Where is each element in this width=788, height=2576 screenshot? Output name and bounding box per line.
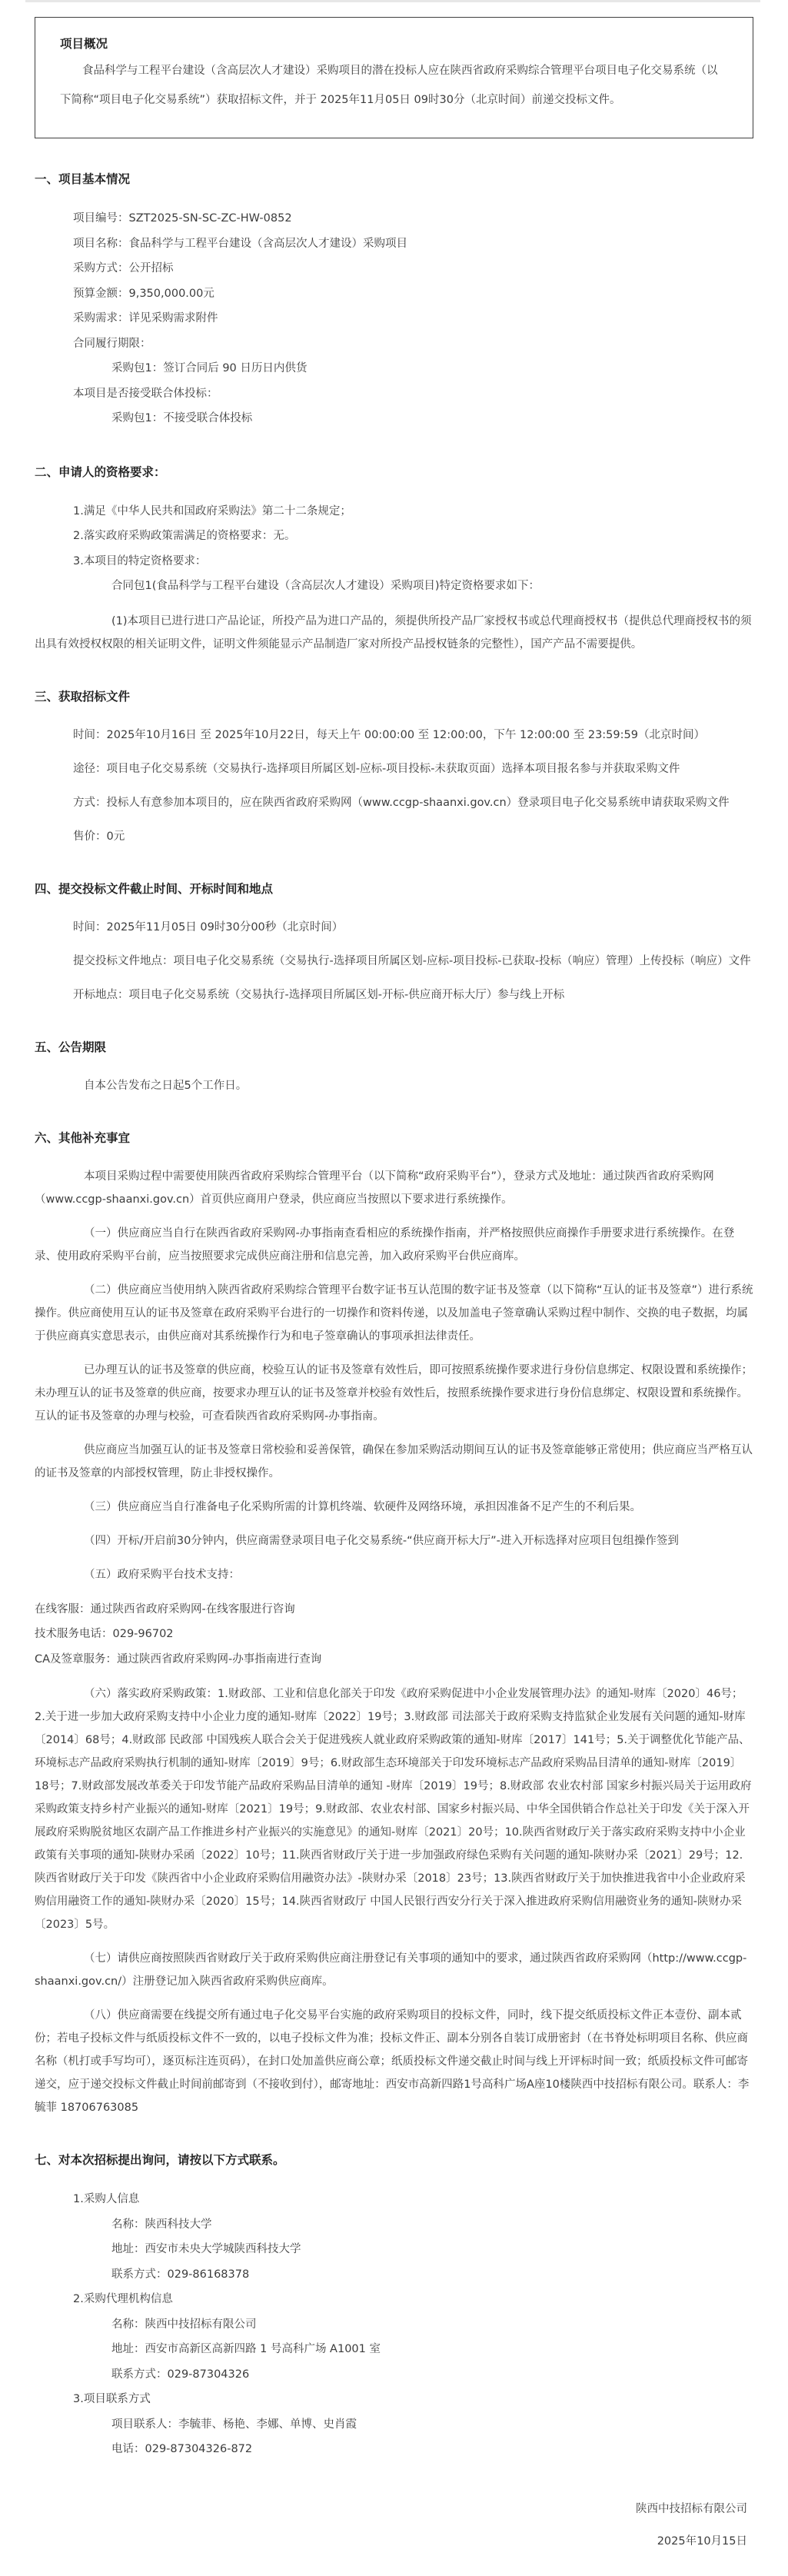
doc-line: 2.落实政府采购政策需满足的资格要求：无。: [35, 524, 753, 549]
document-sections: 一、项目基本情况项目编号：SZT2025-SN-SC-ZC-HW-0852项目名…: [35, 171, 753, 2462]
page-top-divider: [25, 0, 760, 2]
doc-line: 方式：投标人有意参加本项目的，应在陕西省政府采购网（www.ccgp-shaan…: [35, 791, 753, 814]
doc-line: 合同包1(食品科学与工程平台建设（含高层次人才建设）采购项目)特定资格要求如下：: [35, 574, 753, 599]
doc-line: （一）供应商应当自行在陕西省政府采购网-办事指南查看相应的系统操作指南，并严格按…: [35, 1222, 753, 1268]
doc-line: （二）供应商应当使用纳入陕西省政府采购综合管理平台数字证书互认范围的数字证书及签…: [35, 1279, 753, 1348]
doc-line: 提交投标文件地点：项目电子化交易系统（交易执行-选择项目所属区划-应标-项目投标…: [35, 950, 753, 973]
document-footer: 陕西中技招标有限公司 2025年10月15日: [35, 2498, 753, 2553]
doc-line: 采购包1：不接受联合体投标: [35, 406, 753, 431]
doc-line: 项目名称：食品科学与工程平台建设（含高层次人才建设）采购项目: [35, 231, 753, 257]
doc-line: 项目编号：SZT2025-SN-SC-ZC-HW-0852: [35, 206, 753, 231]
doc-line: CA及签章服务：通过陕西省政府采购网-办事指南进行查询: [35, 1647, 753, 1672]
doc-line: （五）政府采购平台技术支持：: [35, 1563, 753, 1586]
doc-line: 时间：2025年11月05日 09时30分00秒（北京时间）: [35, 916, 753, 939]
section-heading: 七、对本次招标提出询问，请按以下方式联系。: [35, 2152, 753, 2168]
doc-line: 本项目采购过程中需要使用陕西省政府采购综合管理平台（以下简称“政府采购平台”），…: [35, 1165, 753, 1211]
doc-line: 供应商应当加强互认的证书及签章日常校验和妥善保管，确保在参加采购活动期间互认的证…: [35, 1439, 753, 1485]
doc-line: 名称：陕西科技大学: [35, 2212, 753, 2238]
doc-line: 在线客服：通过陕西省政府采购网-在线客服进行咨询: [35, 1597, 753, 1622]
doc-line: 合同履行期限：: [35, 331, 753, 357]
section-heading: 一、项目基本情况: [35, 171, 753, 188]
doc-line: 3.本项目的特定资格要求：: [35, 549, 753, 574]
doc-line: 3.项目联系方式: [35, 2387, 753, 2412]
doc-line: (1)本项目已进行进口产品论证，所投产品为进口产品的，须提供所投产品厂家授权书或…: [35, 610, 753, 656]
announcement-document: 项目概况 食品科学与工程平台建设（含高层次人才建设）采购项目的潜在投标人应在陕西…: [0, 17, 788, 2576]
doc-line: 1.满足《中华人民共和国政府采购法》第二十二条规定；: [35, 499, 753, 524]
doc-line: 售价：0元: [35, 825, 753, 848]
doc-line: 联系方式：029-86168378: [35, 2262, 753, 2288]
doc-line: （七）请供应商按照陕西省财政厅关于政府采购供应商注册登记有关事项的通知中的要求，…: [35, 1947, 753, 1993]
doc-line: 时间：2025年10月16日 至 2025年10月22日，每天上午 00:00:…: [35, 724, 753, 747]
section-heading: 四、提交投标文件截止时间、开标时间和地点: [35, 880, 753, 897]
doc-line: 地址：西安市未央大学城陕西科技大学: [35, 2237, 753, 2262]
doc-line: 途径：项目电子化交易系统（交易执行-选择项目所属区划-应标-项目投标-未获取页面…: [35, 757, 753, 780]
doc-line: 技术服务电话：029-96702: [35, 1622, 753, 1647]
doc-line: （三）供应商应当自行准备电子化采购所需的计算机终端、软硬件及网络环境，承担因准备…: [35, 1496, 753, 1519]
doc-line: 本项目是否接受联合体投标：: [35, 381, 753, 407]
doc-line: 1.采购人信息: [35, 2187, 753, 2212]
section-heading: 三、获取招标文件: [35, 688, 753, 705]
doc-line: 采购方式：公开招标: [35, 256, 753, 281]
doc-line: 已办理互认的证书及签章的供应商，校验互认的证书及签章有效性后，即可按照系统操作要…: [35, 1359, 753, 1428]
doc-line: 开标地点：项目电子化交易系统（交易执行-选择项目所属区划-开标-供应商开标大厅）…: [35, 983, 753, 1007]
overview-body: 食品科学与工程平台建设（含高层次人才建设）采购项目的潜在投标人应在陕西省政府采购…: [60, 56, 728, 115]
doc-line: （六）落实政府采购政策：1.财政部、工业和信息化部关于印发《政府采购促进中小企业…: [35, 1682, 753, 1936]
overview-title: 项目概况: [60, 35, 728, 52]
project-overview-box: 项目概况 食品科学与工程平台建设（含高层次人才建设）采购项目的潜在投标人应在陕西…: [35, 17, 753, 138]
section-heading: 五、公告期限: [35, 1039, 753, 1056]
doc-line: 采购需求：详见采购需求附件: [35, 306, 753, 331]
doc-line: 2.采购代理机构信息: [35, 2287, 753, 2312]
doc-line: 项目联系人：李毓菲、杨艳、李娜、单博、史肖霞: [35, 2412, 753, 2438]
section-heading: 六、其他补充事宜: [35, 1130, 753, 1147]
doc-line: 电话：029-87304326-872: [35, 2437, 753, 2462]
issuer-company: 陕西中技招标有限公司: [35, 2498, 747, 2521]
doc-line: 地址：西安市高新区高新四路 1 号高科广场 A1001 室: [35, 2337, 753, 2362]
section-heading: 二、申请人的资格要求：: [35, 464, 753, 481]
doc-line: 自本公告发布之日起5个工作日。: [35, 1074, 753, 1097]
doc-line: （四）开标/开启前30分钟内，供应商需登录项目电子化交易系统-“供应商开标大厅”…: [35, 1529, 753, 1553]
doc-line: 采购包1：签订合同后 90 日历日内供货: [35, 356, 753, 381]
issue-date: 2025年10月15日: [35, 2530, 747, 2553]
doc-line: 预算金额：9,350,000.00元: [35, 281, 753, 307]
doc-line: （八）供应商需要在线提交所有通过电子化交易平台实施的政府采购项目的投标文件，同时…: [35, 2004, 753, 2119]
doc-line: 名称：陕西中技招标有限公司: [35, 2312, 753, 2338]
doc-line: 联系方式：029-87304326: [35, 2362, 753, 2388]
